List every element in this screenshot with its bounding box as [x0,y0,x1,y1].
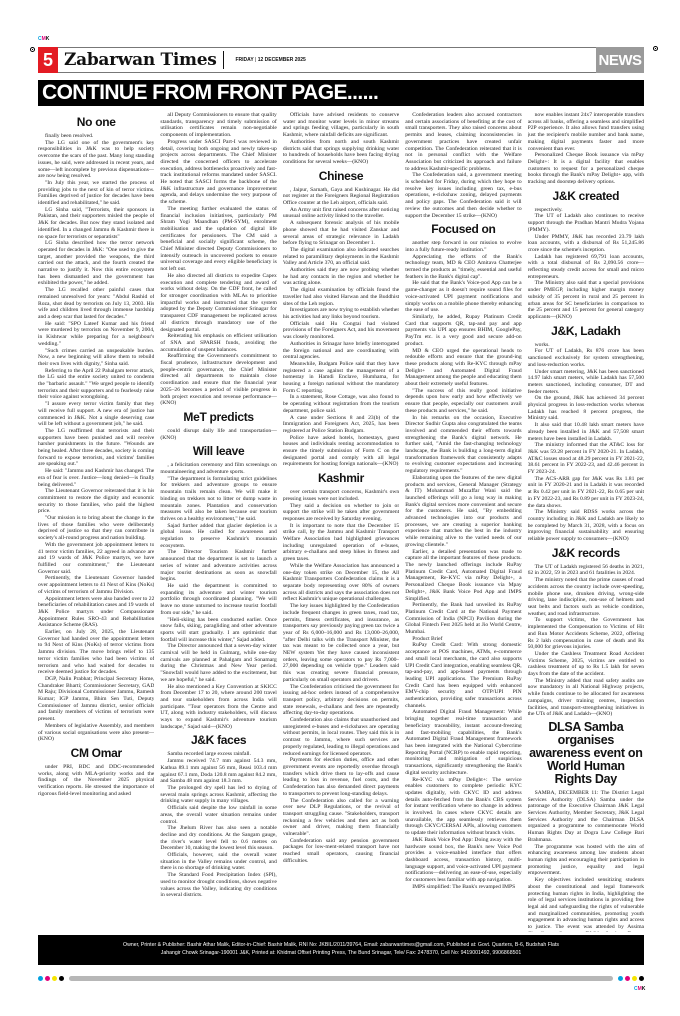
imprint-line-1: Owner, Printer & Publisher: Bashir Athar… [38,941,644,949]
article-paragraph: With the government job appointment lett… [38,542,154,576]
article-heading: No one [38,115,154,129]
article-paragraph: Appreciating the efforts of the Bank's t… [405,254,521,281]
article-paragraph: The UT of Ladakh also continues to recei… [528,213,644,233]
registration-mark-right [653,46,658,51]
page-banner: CONTINUE FROM FRONT PAGE...... [38,80,644,106]
cmyk-print-mark-top: CMK [38,36,49,42]
masthead: 5 Zabarwan Times FRIDAY | 12 DECEMBER 20… [38,47,644,73]
article-paragraph: They said a decision on whether to join … [283,503,399,523]
issue-date: FRIDAY | 12 DECEMBER 2025 [236,57,306,63]
column-1: No onefinally been resolved.The LG said … [38,112,154,932]
article-paragraph: Authorities from north and south Kashmir… [283,139,399,166]
article-paragraph: "I assure every terror victim family tha… [38,401,154,428]
article-paragraph: Authorities said they are now probing wh… [283,267,399,287]
article-paragraph: "The success of this really good initiat… [405,388,521,415]
article-paragraph: Under PMMY, J&K has recorded 23.79 lakh … [528,234,644,254]
article-columns: No onefinally been resolved.The LG said … [38,112,644,932]
article-paragraph: The Lieutenant Governor reiterated that … [38,488,154,515]
article-paragraph: MD & CEO urged the operational heads to … [405,348,521,388]
article-heading: Will leave [160,444,276,458]
article-paragraph: "The department is formulating strict gu… [160,476,276,523]
article-paragraph: SAMBA, DECEMBER 11: The District Legal S… [528,790,644,844]
article-paragraph: For UT of Ladakh, Rs 876 crore has been … [528,348,644,368]
article-paragraph: Authorities in Srinagar have briefly int… [283,341,399,361]
article-paragraph: The LG said one of the government's key … [38,140,154,180]
article-paragraph: The digital examination also indicated s… [283,247,399,267]
article-paragraph: Similarly, he added, Rupay Platinum Cred… [405,314,521,348]
article-paragraph: An Army unit first raised concerns after… [283,207,399,220]
article-paragraph: He said: "Jammu and Kashmir has changed.… [38,468,154,488]
article-paragraph: In his remarks on the occasion, Executiv… [405,415,521,475]
article-paragraph: The Director Tourism Kashmir further ann… [160,549,276,583]
article-paragraph: Payments for election duties, office and… [283,757,399,797]
article-paragraph: Re-KYC via mPay Delight+: The service en… [405,777,521,837]
article-paragraph: Automated Digital Fraud Management: Whil… [405,709,521,776]
article-paragraph: all Deputy Commissioners to ensure that … [160,112,276,139]
article-paragraph: Personalized Cheque Book issuance via mP… [528,152,644,186]
article-paragraph: It is important to note that the Decembe… [283,523,399,563]
masthead-bar: Zabarwan Times FRIDAY | 12 DECEMBER 2025 [58,47,596,73]
article-paragraph: The Standard Food Precipitation Index (S… [160,872,276,899]
article-paragraph: Pertinently, the Lieutenant Governor han… [38,575,154,595]
article-paragraph: Investigators are now trying to establis… [283,307,399,320]
article-paragraph: Confederation leaders also accused contr… [405,112,521,172]
article-paragraph: RuPay Credit Card: With strong domestic … [405,642,521,709]
article-paragraph: The prolonged dry spell has led to dryin… [160,785,276,805]
column-4: Confederation leaders also accused contr… [405,112,521,932]
article-paragraph: IMPS simplified: The Bank's revamped IMP… [405,884,521,891]
article-paragraph: Reaffirming the Government's commitment … [160,353,276,407]
article-paragraph: Police have asked hotels, homestays, gue… [283,435,399,469]
article-paragraph: He also directed all districts to expedi… [160,273,276,333]
article-paragraph: Sajad further added that glacier depleti… [160,523,276,550]
article-paragraph: A subsequent forensic analysis of his mo… [283,220,399,247]
article-heading: Chinese [283,169,399,183]
article-paragraph: "Our mission is to bring about the chang… [38,515,154,542]
article-paragraph: LG Sinha described how the terror networ… [38,240,154,287]
article-paragraph: Earlier, a detailed presentation was mad… [405,549,521,603]
article-paragraph: , a felicitation ceremony and film scree… [160,462,276,475]
cmyk-print-mark-bottom: CMK [634,986,645,992]
gray-strip [69,976,613,981]
newspaper-title: Zabarwan Times [64,50,217,70]
yellow-dot-icon [52,976,57,981]
article-paragraph: The UT of Ladakh registered 56 deaths in… [528,564,644,577]
article-paragraph: "Such crimes carried an unspeakable burd… [38,348,154,368]
article-paragraph: The ACS-ARR gap for J&K was Rs 1.81 per … [528,476,644,510]
article-paragraph: Officials said Hu Congtai had violated p… [283,321,399,341]
article-paragraph: The LG reaffirmed that terrorists and th… [38,428,154,468]
article-paragraph: The LG recalled other painful cases that… [38,287,154,321]
article-heading: Focused on [405,222,521,236]
article-paragraph: It also said that 10.48 lakh smart meter… [528,422,644,442]
article-paragraph: The programme was hosted with the aim of… [528,844,644,878]
article-paragraph: A case under Sections 8 and 23(b) of the… [283,415,399,435]
article-paragraph: He said: "SPO Lateef Kumar and his frien… [38,321,154,348]
article-paragraph: Reiterating his emphasis on efficient ut… [160,333,276,353]
article-paragraph: Elaborating upon the features of the new… [405,475,521,549]
article-heading: J&K created [528,189,644,203]
article-paragraph: could disrupt daily life and transportat… [160,428,276,441]
cyan-dot-icon [38,976,43,981]
column-5: now enables instant 24x7 interoperable t… [528,112,644,932]
column-2: all Deputy Commissioners to ensure that … [160,112,276,932]
article-heading: CM Omar [38,746,154,760]
article-paragraph: over certain transport concerns, Kashmir… [283,489,399,502]
article-paragraph: , Jaipur, Sarnath, Gaya and Kushinagar. … [283,187,399,207]
article-paragraph: Confederation also claims that unauthori… [283,717,399,757]
article-paragraph: "Heli-skiing has been conducted earlier.… [160,617,276,644]
article-paragraph: The meeting further evaluated the status… [160,206,276,273]
article-paragraph: Confederation said any pension governmen… [283,838,399,865]
article-heading: J&K records [528,546,644,560]
article-heading: DLSA Samba organises awareness event on … [528,721,644,786]
magenta-dot-icon [45,976,50,981]
article-paragraph: Product Brief [405,636,521,643]
article-heading: Kashmir [283,471,399,485]
magenta-dot-icon [625,976,630,981]
article-paragraph: Officials said despite the low rainfall … [160,805,276,825]
article-paragraph: On the ground, J&K has achieved 34 perce… [528,395,644,422]
article-paragraph: The Ministry also said that a special pr… [528,280,644,320]
article-paragraph: Progress under SASCI Part-I was reviewed… [160,139,276,206]
article-heading: J&K faces [160,733,276,747]
article-paragraph: "In July this year, we started the proce… [38,180,154,207]
issue-date-value: 12 DECEMBER 2025 [258,57,306,63]
article-paragraph: now enables instant 24x7 interoperable t… [528,112,644,152]
article-paragraph: The Ministry said RDSS works across the … [528,509,644,543]
article-paragraph: another step forward in our mission to e… [405,240,521,253]
article-heading: MeT predicts [160,410,276,424]
article-paragraph: J&K Bank Voice Pod App: Doing away with … [405,837,521,884]
article-paragraph: The Ministry added that road safety audi… [528,678,644,718]
article-paragraph: The Jhelum River has also seen a notable… [160,825,276,852]
article-paragraph: Members of legislative Assembly, and mem… [38,723,154,743]
column-3: Officials have advised residents to cons… [283,112,399,932]
article-paragraph: The Confederation said, a government mee… [405,172,521,219]
article-paragraph: While the Welfare Association has announ… [283,563,399,603]
page-number: 5 [38,47,58,73]
black-dot-icon [59,976,64,981]
article-paragraph: The Director announced that a seven-day … [160,643,276,683]
article-paragraph: To support victims, the Government has i… [528,617,644,651]
article-paragraph: The Confederation also called for a warn… [283,798,399,838]
article-paragraph: In a statement, Rose Cottage, was also f… [283,394,399,414]
article-paragraph: The ministry informed that the AT&C loss… [528,442,644,476]
article-paragraph: He also mentioned a Key Convention at SK… [160,684,276,731]
article-paragraph: Officials, however, said the overall wat… [160,852,276,872]
registration-mark-left [30,47,35,52]
imprint-footer: Owner, Printer & Publisher: Bashir Athar… [38,935,644,965]
article-paragraph: under PRI, BDC and DDC-recommended works… [38,764,154,798]
article-paragraph: finally been resolved. [38,133,154,140]
cyan-dot-icon [618,976,623,981]
article-paragraph: The Confederation criticised the governm… [283,684,399,718]
section-tag: NEWS [596,47,644,73]
article-paragraph: Jammu received 74.7 mm against 54.3 mm, … [160,758,276,785]
article-paragraph: Pertinently, the Bank had unveiled its R… [405,602,521,636]
article-paragraph: The key issues highlighted by the Confed… [283,603,399,683]
article-paragraph: Meanwhile, Budgam Police said that they … [283,361,399,395]
print-color-bar [38,975,644,981]
article-paragraph: Appointment letters were also handed ove… [38,596,154,630]
article-paragraph: DGP, Nalin Prabhat; Principal Secretary … [38,676,154,723]
article-paragraph: Ladakh has registered 69,791 loan accoun… [528,254,644,281]
issue-day: FRIDAY [236,57,254,63]
yellow-dot-icon [632,976,637,981]
article-paragraph: He said that the Bank's Voice-pod App ca… [405,280,521,314]
article-paragraph: The digital examination by officials fou… [283,287,399,307]
article-paragraph: Earlier, on July 28, 2025, the Lieutenan… [38,629,154,676]
article-paragraph: He said the department is committed to e… [160,583,276,617]
article-paragraph: Under smart metering, J&K has been sanct… [528,369,644,396]
article-paragraph: Key objectives included sensitizing stud… [528,877,644,932]
black-dot-icon [639,976,644,981]
article-paragraph: Under the Cashless Treatment Road Accide… [528,651,644,678]
article-paragraph: LG Sinha said, "Terrorists, their sponso… [38,207,154,241]
masthead-divider [223,51,224,69]
article-paragraph: The ministry noted that the prime causes… [528,577,644,617]
article-paragraph: Samba recorded large excess rainfall. [160,751,276,758]
article-paragraph: Referring to the April 22 Pahalgam terro… [38,368,154,402]
article-paragraph: Officials have advised residents to cons… [283,112,399,139]
imprint-line-2: Jahangir Chowk Srinagar-190001 J&K, Prin… [38,949,644,957]
article-heading: J&K, Ladakh [528,324,644,338]
